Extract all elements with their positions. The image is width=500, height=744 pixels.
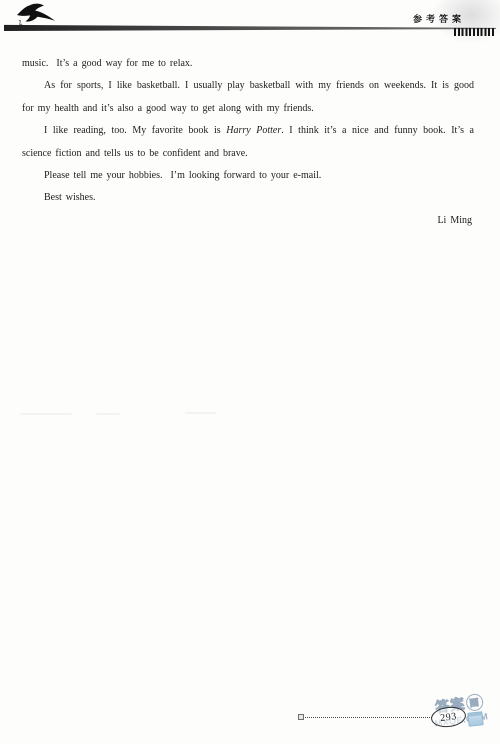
letter-body: music. It’s a good way for me to relax. … bbox=[22, 53, 474, 232]
watermark-circle-icon: 圈 bbox=[465, 692, 484, 711]
page-number-oval: 293 bbox=[430, 705, 467, 729]
letter-line: As for sports, I like basketball. I usua… bbox=[22, 75, 474, 97]
header-rule bbox=[4, 24, 496, 31]
letter-line: for my health and it’s also a good way t… bbox=[22, 98, 474, 120]
book-title-italic: Harry Potter bbox=[226, 125, 281, 136]
letter-line: music. It’s a good way for me to relax. bbox=[22, 53, 474, 75]
scan-smudge bbox=[20, 413, 72, 415]
letter-line-text: I like reading, too. My favorite book is bbox=[44, 125, 226, 136]
letter-line-text: . I think it’s a nice and funny book. It… bbox=[281, 125, 474, 136]
swallow-icon bbox=[15, 2, 59, 26]
letter-line: I like reading, too. My favorite book is… bbox=[22, 120, 474, 142]
barcode-icon bbox=[454, 28, 496, 36]
page-number: 293 bbox=[440, 711, 458, 724]
scan-smudge bbox=[96, 413, 120, 415]
letter-line: Please tell me your hobbies. I’m looking… bbox=[22, 165, 474, 187]
letter-line: Best wishes. bbox=[22, 187, 474, 209]
scanned-page: 参考答案 music. It’s a good way for me to re… bbox=[0, 0, 500, 744]
scan-smudge bbox=[185, 412, 217, 414]
signature: Li Ming bbox=[22, 210, 474, 232]
dotted-leader bbox=[305, 717, 432, 718]
cube-icon bbox=[467, 711, 483, 726]
header-title: 参考答案 bbox=[413, 12, 465, 25]
letter-line: science fiction and tells us to be confi… bbox=[22, 143, 474, 165]
leader-square-icon bbox=[298, 714, 304, 720]
